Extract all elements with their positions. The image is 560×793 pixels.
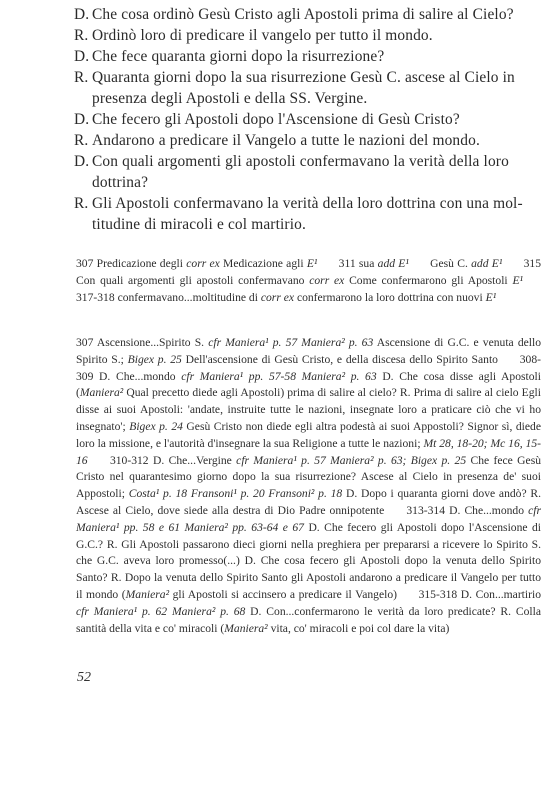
note-ref: 311 (339, 257, 356, 270)
note-italic: E¹ (512, 274, 523, 287)
answer-text: Andarono a predicare il Vangelo a tutte … (92, 132, 480, 150)
answer-text: Gli Apostoli confermavano la verità dell… (92, 195, 523, 213)
answer-label: R. (74, 132, 88, 150)
note-italic: cfr Maniera¹ p. 57 Maniera² p. 63; Bigex… (236, 454, 466, 467)
note-italic: Maniera² (80, 386, 123, 399)
sources-apparatus: 307 Ascensione...Spirito S. cfr Maniera¹… (76, 335, 541, 637)
note-text: Ascensione...Spirito S. (97, 336, 204, 349)
note-italic: Maniera² (126, 588, 169, 601)
note-text: confermarono la loro dottrina con nuovi (297, 291, 483, 304)
note-text: Dell'ascensione di Gesù Cristo, e della … (186, 353, 498, 366)
note-text: D. Con...martirio (461, 588, 541, 601)
answer-label: R. (74, 195, 88, 213)
note-italic: corr ex (261, 291, 294, 304)
note-ref: 317-318 (76, 291, 115, 304)
question-label: D. (74, 111, 89, 129)
note-text: Come confermarono gli Apostoli (349, 274, 508, 287)
question-label: D. (74, 48, 89, 66)
answer-text: presenza degli Apostoli e della SS. Verg… (92, 90, 367, 108)
question-text: dottrina? (92, 174, 148, 192)
note-text: Medicazione agli (223, 257, 304, 270)
note-italic: cfr Maniera¹ p. 62 Maniera² p. 68 (76, 605, 245, 618)
note-italic: corr ex (309, 274, 344, 287)
note-text: Con quali argomenti gli apostoli conferm… (76, 274, 304, 287)
note-text: sua (359, 257, 374, 270)
note-italic: add E¹ (471, 257, 502, 270)
note-ref: 310-312 (110, 454, 149, 467)
note-italic: E¹ (307, 257, 318, 270)
note-italic: cfr Maniera¹ pp. 57-58 Maniera² p. 63 (181, 370, 376, 383)
note-ref: 315-318 (419, 588, 458, 601)
question-text: Che cosa ordinò Gesù Cristo agli Apostol… (92, 6, 514, 24)
note-italic: add E¹ (378, 257, 409, 270)
note-italic: E¹ (486, 291, 497, 304)
note-italic: Maniera² (224, 622, 267, 635)
note-italic: corr ex (186, 257, 220, 270)
note-text: D. Che...Vergine (153, 454, 232, 467)
note-ref: 315 (524, 257, 541, 270)
note-text: Predicazione degli (97, 257, 183, 270)
answer-label: R. (74, 27, 88, 45)
question-label: D. (74, 153, 89, 171)
note-text: D. Che...mondo (449, 504, 524, 517)
note-ref: 313-314 (406, 504, 445, 517)
note-text: confermavano...moltitudine di (118, 291, 258, 304)
note-italic: Bigex p. 25 (128, 353, 182, 366)
note-italic: Bigex p. 24 (129, 420, 183, 433)
note-text: Gesù C. (430, 257, 468, 270)
answer-text: Ordinò loro di predicare il vangelo per … (92, 27, 433, 45)
note-italic: cfr Maniera¹ p. 57 Maniera² p. 63 (208, 336, 373, 349)
note-text: vita, co' miracoli e poi col dare la vit… (271, 622, 450, 635)
note-italic: Costa¹ p. 18 Fransoni¹ p. 20 Fransoni² p… (129, 487, 342, 500)
note-text: D. Che...mondo (99, 370, 176, 383)
answer-text: Quaranta giorni dopo la sua risurrezione… (92, 69, 515, 87)
question-text: Che fece quaranta giorni dopo la risurre… (92, 48, 384, 66)
question-text: Che fecero gli Apostoli dopo l'Ascension… (92, 111, 460, 129)
question-label: D. (74, 6, 89, 24)
question-text: Con quali argomenti gli apostoli conferm… (92, 153, 509, 171)
answer-label: R. (74, 69, 88, 87)
critical-apparatus: 307 Predicazione degli corr ex Medicazio… (76, 256, 541, 306)
note-text: gli Apostoli si accinsero a predicare il… (173, 588, 397, 601)
note-ref: 307 (76, 336, 93, 349)
note-ref: 307 (76, 257, 93, 270)
page-number: 52 (77, 670, 91, 686)
answer-text: titudine di miracoli e col martirio. (92, 216, 306, 234)
